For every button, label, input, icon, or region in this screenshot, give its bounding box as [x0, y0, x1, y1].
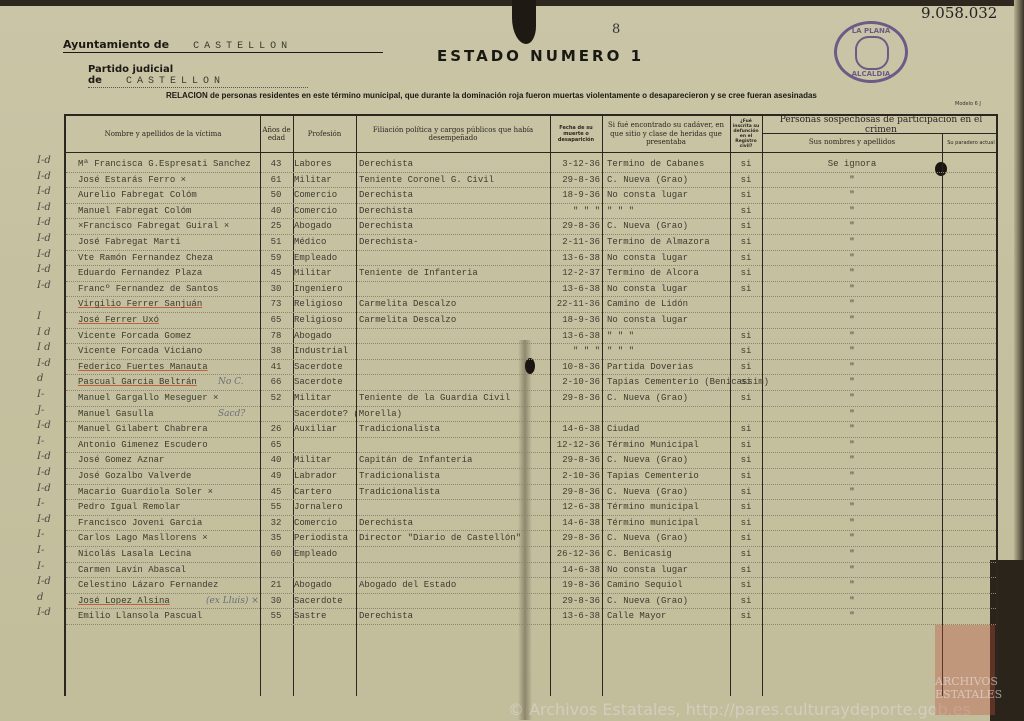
victims-table: Nombre y apellidos de la víctima Años de… [64, 114, 998, 696]
margin-annotation: I- [37, 529, 44, 540]
margin-annotation: I-d [37, 217, 51, 228]
suspects-names: " [762, 502, 942, 512]
relacion-heading: RELACION de personas residentes en este … [166, 91, 817, 100]
suspects-names: " [762, 455, 942, 465]
table-row: Manuel Fabregat Colóm40ComercioDerechist… [66, 204, 996, 220]
death-date: 13-6-38 [552, 611, 600, 621]
suspects-names: " [762, 175, 942, 185]
victim-age: 40 [262, 455, 290, 465]
margin-annotation: I-d [37, 420, 51, 431]
victim-name: Macario Guardiola Soler × [78, 487, 213, 497]
header-divider [66, 152, 996, 153]
stamp-top-text: LA PLANA [837, 27, 905, 35]
victim-affiliation: Tradicionalista [359, 424, 440, 434]
victim-age: 30 [262, 284, 290, 294]
table-row: Pedro Igual Remolar55Jornalero12-6-38Tér… [66, 500, 996, 516]
table-row: José Ferrer Uxó65ReligiosoCarmelita Desc… [66, 313, 996, 329]
death-date: 10-8-36 [552, 362, 600, 372]
registry-status: si [732, 253, 760, 263]
death-date: 12-6-38 [552, 502, 600, 512]
victim-name: Pedro Igual Remolar [78, 502, 181, 512]
victim-age: 61 [262, 175, 290, 185]
victim-name: Francisco Joveni Garcia [78, 518, 202, 528]
death-date: 18-9-36 [552, 190, 600, 200]
table-row: Federico Fuertes Manauta41Sacerdote10-8-… [66, 360, 996, 376]
table-row: José Estarás Ferro ×61MilitarTeniente Co… [66, 173, 996, 189]
death-place: Ciudad [607, 424, 639, 434]
margin-annotation: I-d [37, 155, 51, 166]
table-row: José Gomez Aznar40MilitarCapitán de Infa… [66, 453, 996, 469]
victim-profession: Médico [294, 237, 326, 247]
victim-age: 32 [262, 518, 290, 528]
victim-profession: Religioso [294, 315, 343, 325]
victim-age: 45 [262, 268, 290, 278]
death-date: " " " [552, 206, 600, 216]
victim-name: Vicente Forcada Gomez [78, 331, 191, 341]
suspects-names: " [762, 237, 942, 247]
death-date: 29-8-36 [552, 533, 600, 543]
suspects-names: " [762, 362, 942, 372]
victim-profession: Industrial [294, 346, 348, 356]
document-title: ESTADO NUMERO 1 [437, 47, 644, 65]
suspects-names: " [762, 221, 942, 231]
victim-profession: Cartero [294, 487, 332, 497]
victim-profession: Jornalero [294, 502, 343, 512]
partido-value: CASTELLON [126, 76, 225, 87]
death-date: 26-12-36 [552, 549, 600, 559]
suspects-names: " [762, 315, 942, 325]
margin-annotation: I-d [37, 249, 51, 260]
victim-profession: Comercio [294, 518, 337, 528]
death-place: Término municipal [607, 502, 699, 512]
suspects-names: " [762, 471, 942, 481]
death-date: 12-2-37 [552, 268, 600, 278]
victim-profession: Labores [294, 159, 332, 169]
table-row: Francº Fernandez de Santos30Ingeniero13-… [66, 282, 996, 298]
registry-status: si [732, 611, 760, 621]
victim-age: 35 [262, 533, 290, 543]
death-place: Término municipal [607, 518, 699, 528]
table-row: Manuel Gargallo Meseguer ×52MilitarTenie… [66, 391, 996, 407]
table-row: Macario Guardiola Soler ×45CarteroTradic… [66, 485, 996, 501]
death-date: 29-8-36 [552, 596, 600, 606]
suspects-names: " [762, 424, 942, 434]
victim-age: 40 [262, 206, 290, 216]
death-place: C. Nueva (Grao) [607, 455, 688, 465]
death-place: Partida Doverias [607, 362, 693, 372]
suspects-names: " [762, 565, 942, 575]
victim-affiliation: Teniente de la Guardia Civil [359, 393, 510, 403]
victim-age: 60 [262, 549, 290, 559]
registry-status: si [732, 190, 760, 200]
margin-annotation: I-d [37, 280, 51, 291]
registry-status: si [732, 331, 760, 341]
victim-name: Federico Fuertes Manauta [78, 362, 208, 372]
official-stamp-icon: LA PLANA ALCALDIA [834, 21, 908, 83]
victim-name: ×Francisco Fabregat Guiral × [78, 221, 229, 231]
header-fecha: Fecha de su muerte o desaparición [550, 116, 602, 152]
victim-name: Manuel Gasulla [78, 409, 154, 419]
death-date: 2-10-36 [552, 377, 600, 387]
victim-age: 26 [262, 424, 290, 434]
table-row: Virgilio Ferrer Sanjuán73ReligiosoCarmel… [66, 297, 996, 313]
death-date: 13-6-38 [552, 253, 600, 263]
victim-profession: Empleado [294, 253, 337, 263]
ayuntamiento-value: CASTELLON [193, 41, 292, 52]
death-date: 29-8-36 [552, 221, 600, 231]
death-place: Calle Mayor [607, 611, 666, 621]
victim-profession: Ingeniero [294, 284, 343, 294]
death-place: No consta lugar [607, 190, 688, 200]
victim-name: Emilio Llansola Pascual [78, 611, 202, 621]
death-date: 29-8-36 [552, 487, 600, 497]
table-row: Carmen Lavín Abascal14-6-38No consta lug… [66, 563, 996, 579]
table-row: Aurelio Fabregat Colóm50ComercioDerechis… [66, 188, 996, 204]
registry-status: si [732, 268, 760, 278]
document-scan: Ayuntamiento deCASTELLON Partido judicia… [0, 0, 1024, 721]
table-row: Carlos Lago Masllorens ×35PeriodistaDire… [66, 531, 996, 547]
victim-age: 65 [262, 440, 290, 450]
death-place: Termino de Alcora [607, 268, 699, 278]
victim-name: Nicolás Lasala Lecina [78, 549, 191, 559]
margin-annotation: I-d [37, 576, 51, 587]
margin-annotation: d [37, 373, 43, 384]
victim-age: 59 [262, 253, 290, 263]
death-place: No consta lugar [607, 284, 688, 294]
victim-name: José Estarás Ferro × [78, 175, 186, 185]
victim-age: 41 [262, 362, 290, 372]
registry-status: si [732, 175, 760, 185]
death-date: 14-6-38 [552, 565, 600, 575]
victim-name: Antonio Gimenez Escudero [78, 440, 208, 450]
suspects-names: " [762, 268, 942, 278]
suspects-names: " [762, 533, 942, 543]
death-place: C. Nueva (Grao) [607, 596, 688, 606]
table-row: Vte Ramón Fernandez Cheza59Empleado13-6-… [66, 251, 996, 267]
victim-profession: Auxiliar [294, 424, 337, 434]
victim-name: Mª Francisca G.Espresati Sanchez [78, 159, 251, 169]
death-date: 13-6-38 [552, 331, 600, 341]
victim-affiliation: Derechista [359, 190, 413, 200]
victim-name: José Gomez Aznar [78, 455, 164, 465]
victim-age: 66 [262, 377, 290, 387]
death-place: Camino Sequiol [607, 580, 683, 590]
victim-profession: Abogado [294, 221, 332, 231]
table-row: Vicente Forcada Viciano38Industrial" " "… [66, 344, 996, 360]
registry-status: si [732, 206, 760, 216]
victim-age: 55 [262, 611, 290, 621]
suspects-names: " [762, 190, 942, 200]
header-sospechosas: Personas sospechosas de participación en… [762, 116, 1000, 134]
table-row: José Lopez Alsina30Sacerdote29-8-36C. Nu… [66, 594, 996, 610]
margin-annotation: I- [37, 561, 44, 572]
table-row: José Fabregat Marti51MédicoDerechista-2-… [66, 235, 996, 251]
suspects-names: " [762, 377, 942, 387]
victim-age: 21 [262, 580, 290, 590]
victim-affiliation: Derechista [359, 206, 413, 216]
death-date: 12-12-36 [552, 440, 600, 450]
victim-age: 43 [262, 159, 290, 169]
victim-profession: Sacerdote [294, 362, 343, 372]
victim-profession: Abogado [294, 331, 332, 341]
registry-status: si [732, 393, 760, 403]
victim-name: José Lopez Alsina [78, 596, 170, 606]
margin-annotation: I d [37, 327, 51, 338]
victim-name: Eduardo Fernandez Plaza [78, 268, 202, 278]
suspects-names: " [762, 253, 942, 263]
suspects-names: " [762, 440, 942, 450]
victim-affiliation: Teniente Coronel G. Civil [359, 175, 494, 185]
death-place: No consta lugar [607, 315, 688, 325]
ayuntamiento-label: Ayuntamiento de [63, 38, 169, 51]
death-date: 14-6-38 [552, 424, 600, 434]
victim-age: 30 [262, 596, 290, 606]
table-row: Pascual Garcia Beltrán66Sacerdote2-10-36… [66, 375, 996, 391]
victim-profession: Comercio [294, 206, 337, 216]
death-date: 29-8-36 [552, 455, 600, 465]
margin-annotation: I-d [37, 358, 51, 369]
archive-logo-icon: ARCHIVOS ESTATALES [935, 625, 995, 715]
victim-name: Pascual Garcia Beltrán [78, 377, 197, 387]
margin-annotation: I d [37, 342, 51, 353]
death-place: Camino de Lidón [607, 299, 688, 309]
victim-affiliation: Carmelita Descalzo [359, 315, 456, 325]
registry-status: si [732, 549, 760, 559]
registry-status: si [732, 455, 760, 465]
registry-status: si [732, 424, 760, 434]
page-number: 8 [612, 22, 620, 37]
victim-age: 73 [262, 299, 290, 309]
victim-name: Celestino Lázaro Fernandez [78, 580, 218, 590]
victim-profession: Sacerdote [294, 377, 343, 387]
death-date: 3-12-36 [552, 159, 600, 169]
suspects-names: " [762, 409, 942, 419]
table-row: Celestino Lázaro Fernandez21AbogadoAboga… [66, 578, 996, 594]
suspects-names: " [762, 284, 942, 294]
suspects-names: " [762, 611, 942, 621]
table-row: Emilio Llansola Pascual55SastreDerechist… [66, 609, 996, 625]
registry-status: si [732, 518, 760, 528]
victim-profession: Religioso [294, 299, 343, 309]
margin-annotation: I- [37, 545, 44, 556]
victim-age: 25 [262, 221, 290, 231]
margin-annotation: I-d [37, 233, 51, 244]
table-row: José Gozalbo Valverde49LabradorTradicion… [66, 469, 996, 485]
table-row: Eduardo Fernandez Plaza45MilitarTeniente… [66, 266, 996, 282]
victim-profession: Sacerdote? (Morella) [294, 409, 402, 419]
victim-affiliation: Derechista [359, 611, 413, 621]
suspects-names: Se ignora [762, 159, 942, 169]
table-row: Vicente Forcada Gomez78Abogado13-6-38" "… [66, 329, 996, 345]
victim-age: 45 [262, 487, 290, 497]
victim-age: 51 [262, 237, 290, 247]
victim-profession: Abogado [294, 580, 332, 590]
margin-annotation: I-d [37, 483, 51, 494]
suspects-names: " [762, 331, 942, 341]
death-date: 2-10-36 [552, 471, 600, 481]
modelo-label: Modelo 6 J [955, 101, 981, 107]
victim-profession: Comercio [294, 190, 337, 200]
victim-name: Vicente Forcada Viciano [78, 346, 202, 356]
margin-annotation: I-d [37, 264, 51, 275]
header-sosp-paradero: Su paradero actual [942, 133, 1000, 152]
suspects-names: " [762, 580, 942, 590]
watermark-text: © Archivos Estatales, http://pares.cultu… [508, 700, 971, 719]
death-date: 14-6-38 [552, 518, 600, 528]
margin-annotation: I- [37, 436, 44, 447]
victim-affiliation: Carmelita Descalzo [359, 299, 456, 309]
death-place: Termino de Cabanes [607, 159, 704, 169]
margin-annotation: I-d [37, 607, 51, 618]
registry-status: si [732, 596, 760, 606]
registry-status: si [732, 533, 760, 543]
victim-profession: Militar [294, 175, 332, 185]
victim-profession: Sacerdote [294, 596, 343, 606]
death-place: C. Nueva (Grao) [607, 221, 688, 231]
victim-affiliation: Abogado del Estado [359, 580, 456, 590]
victim-age: 49 [262, 471, 290, 481]
margin-annotation: I- [37, 498, 44, 509]
victim-profession: Empleado [294, 549, 337, 559]
victim-affiliation: Teniente de Infanteria [359, 268, 478, 278]
header-nombre: Nombre y apellidos de la víctima [66, 116, 260, 152]
death-place: No consta lugar [607, 253, 688, 263]
header-registro: ¿Fué inscrita su defunción en el Registr… [730, 116, 762, 152]
table-row: Antonio Gimenez Escudero6512-12-36Términ… [66, 438, 996, 454]
death-date: 29-8-36 [552, 393, 600, 403]
margin-annotation: I- [37, 389, 44, 400]
victim-name: Francº Fernandez de Santos [78, 284, 218, 294]
death-place: " " " [607, 346, 634, 356]
death-place: Tapias Cementerio [607, 471, 699, 481]
victim-name: José Fabregat Marti [78, 237, 181, 247]
registry-status: si [732, 221, 760, 231]
victim-name: Manuel Fabregat Colóm [78, 206, 191, 216]
victim-affiliation: Tradicionalista [359, 487, 440, 497]
victim-profession: Labrador [294, 471, 337, 481]
handwritten-note: (ex Lluis) × [206, 596, 259, 606]
stamp-bottom-text: ALCALDIA [837, 70, 905, 78]
margin-annotation: d [37, 592, 43, 603]
header-edad: Años de edad [260, 116, 293, 152]
suspects-names: " [762, 206, 942, 216]
death-place: C. Nueva (Grao) [607, 533, 688, 543]
registry-status: si [732, 440, 760, 450]
victim-affiliation: Derechista [359, 221, 413, 231]
table-row: Manuel GasullaSacerdote? (Morella)"Sacd? [66, 407, 996, 423]
margin-annotation: I-d [37, 186, 51, 197]
suspects-names: " [762, 299, 942, 309]
victim-name: Vte Ramón Fernandez Cheza [78, 253, 213, 263]
registry-status: si [732, 487, 760, 497]
registry-status: si [732, 346, 760, 356]
registry-status: si [732, 502, 760, 512]
death-place: C. Nueva (Grao) [607, 393, 688, 403]
header-sitio: Si fué encontrado su cadáver, en que sit… [602, 116, 730, 152]
margin-annotation: I-d [37, 171, 51, 182]
victim-name: Manuel Gargallo Meseguer × [78, 393, 218, 403]
table-row: Nicolás Lasala Lecina60Empleado26-12-36C… [66, 547, 996, 563]
death-place: C. Nueva (Grao) [607, 175, 688, 185]
victim-name: José Gozalbo Valverde [78, 471, 191, 481]
victim-affiliation: Derechista [359, 518, 413, 528]
victim-affiliation: Derechista- [359, 237, 418, 247]
margin-annotation: I [37, 311, 41, 322]
death-place: " " " [607, 206, 634, 216]
handwritten-note: Sacd? [218, 409, 245, 419]
registry-status: si [732, 159, 760, 169]
victim-age: 78 [262, 331, 290, 341]
death-date: 29-8-36 [552, 175, 600, 185]
victim-profession: Periodista [294, 533, 348, 543]
victim-age: 55 [262, 502, 290, 512]
table-row: Francisco Joveni Garcia32ComercioDerechi… [66, 516, 996, 532]
victim-name: Manuel Gilabert Chabrera [78, 424, 208, 434]
death-place: Término Municipal [607, 440, 699, 450]
table-row: ×Francisco Fabregat Guiral ×25AbogadoDer… [66, 219, 996, 235]
death-place: " " " [607, 331, 634, 341]
victim-affiliation: Derechista [359, 159, 413, 169]
suspects-names: " [762, 518, 942, 528]
death-date: 18-9-36 [552, 315, 600, 325]
suspects-names: " [762, 549, 942, 559]
victim-affiliation: Capitán de Infanteria [359, 455, 472, 465]
death-date: 22-11-36 [552, 299, 600, 309]
death-place: No consta lugar [607, 565, 688, 575]
victim-affiliation: Tradicionalista [359, 471, 440, 481]
margin-annotation: I-d [37, 202, 51, 213]
margin-annotation: J- [37, 405, 44, 416]
paper-tear [512, 0, 536, 44]
margin-annotation: I-d [37, 451, 51, 462]
victim-age: 38 [262, 346, 290, 356]
registry-status: si [732, 237, 760, 247]
document-number: 9.058.032 [921, 4, 997, 22]
death-date: 2-11-36 [552, 237, 600, 247]
header-profesion: Profesión [293, 116, 356, 152]
victim-profession: Sastre [294, 611, 326, 621]
stamp-crest-icon [855, 36, 889, 70]
victim-name: Virgilio Ferrer Sanjuán [78, 299, 202, 309]
header-sosp-nombres: Sus nombres y apellidos [762, 133, 942, 152]
victim-age: 52 [262, 393, 290, 403]
registry-status: si [732, 284, 760, 294]
death-date: " " " [552, 346, 600, 356]
victim-age: 65 [262, 315, 290, 325]
victim-name: Aurelio Fabregat Colóm [78, 190, 197, 200]
partido-line: Partido judicial deCASTELLON [88, 64, 308, 88]
registry-status: si [732, 377, 760, 387]
table-row: Manuel Gilabert Chabrera26AuxiliarTradic… [66, 422, 996, 438]
registry-status: si [732, 471, 760, 481]
victim-name: Carlos Lago Masllorens × [78, 533, 208, 543]
suspects-names: " [762, 393, 942, 403]
margin-annotation: I-d [37, 467, 51, 478]
victim-name: Carmen Lavín Abascal [78, 565, 186, 575]
handwritten-note: No C. [218, 377, 244, 387]
registry-status: si [732, 565, 760, 575]
victim-profession: Militar [294, 268, 332, 278]
victim-affiliation: Director "Diario de Castellón" [359, 533, 521, 543]
registry-status: si [732, 580, 760, 590]
suspects-names: " [762, 596, 942, 606]
victim-name: José Ferrer Uxó [78, 315, 159, 325]
death-place: C. Benicasig [607, 549, 672, 559]
death-place: Termino de Almazora [607, 237, 710, 247]
death-place: C. Nueva (Grao) [607, 487, 688, 497]
ayuntamiento-line: Ayuntamiento deCASTELLON [63, 38, 383, 53]
victim-profession: Militar [294, 393, 332, 403]
